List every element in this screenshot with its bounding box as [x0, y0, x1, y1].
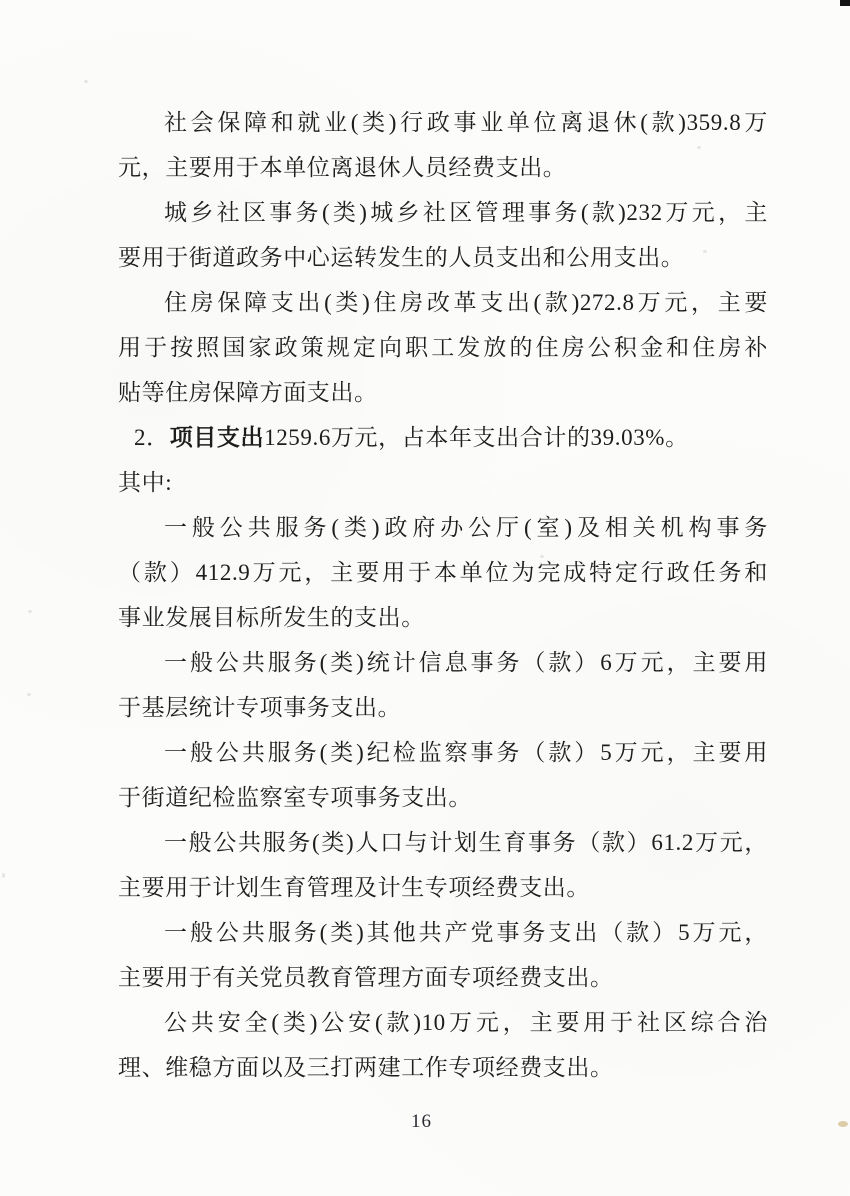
- text-segment: 2．: [134, 425, 170, 450]
- text-line: 用于按照国家政策规定向职工发放的住房公积金和住房补: [118, 325, 768, 370]
- page-number: 16: [0, 1111, 843, 1133]
- text-line: 贴等住房保障方面支出。: [118, 370, 768, 415]
- text-segment: 1259.6万元，占本年支出合计的39.03%。: [264, 425, 689, 450]
- scanned-document-page: 社会保障和就业(类)行政事业单位离退休(款)359.8万元，主要用于本单位离退休…: [0, 0, 850, 1196]
- scan-artifact-speck: [84, 80, 88, 83]
- bold-text-segment: 项目支出: [170, 425, 264, 450]
- text-line: 理、维稳方面以及三打两建工作专项经费支出。: [118, 1045, 768, 1090]
- text-line: （款）412.9万元，主要用于本单位为完成特定行政任务和: [118, 550, 768, 595]
- text-line: 其中:: [118, 460, 768, 505]
- scan-artifact-speck: [27, 693, 31, 696]
- text-line: 公共安全(类)公安(款)10万元，主要用于社区综合治: [118, 1000, 768, 1045]
- scan-artifact-speck: [2, 873, 5, 878]
- scan-artifact-corner-mark: [840, 0, 850, 6]
- text-line: 城乡社区事务(类)城乡社区管理事务(款)232万元，主: [118, 190, 768, 235]
- scan-artifact-speck: [28, 610, 32, 613]
- text-line: 2．项目支出1259.6万元，占本年支出合计的39.03%。: [118, 415, 768, 460]
- text-line: 一般公共服务(类)其他共产党事务支出（款）5万元，: [118, 910, 768, 955]
- text-line: 主要用于计划生育管理及计生专项经费支出。: [118, 865, 768, 910]
- text-line: 要用于街道政务中心运转发生的人员支出和公用支出。: [118, 235, 768, 280]
- text-line: 于街道纪检监察室专项事务支出。: [118, 775, 768, 820]
- text-line: 一般公共服务(类)纪检监察事务（款）5万元，主要用: [118, 730, 768, 775]
- body-text-block: 社会保障和就业(类)行政事业单位离退休(款)359.8万元，主要用于本单位离退休…: [118, 100, 768, 1090]
- text-line: 事业发展目标所发生的支出。: [118, 595, 768, 640]
- text-line: 于基层统计专项事务支出。: [118, 685, 768, 730]
- text-line: 社会保障和就业(类)行政事业单位离退休(款)359.8万: [118, 100, 768, 145]
- text-line: 元，主要用于本单位离退休人员经费支出。: [118, 145, 768, 190]
- text-line: 一般公共服务(类)统计信息事务（款）6万元，主要用: [118, 640, 768, 685]
- text-line: 主要用于有关党员教育管理方面专项经费支出。: [118, 955, 768, 1000]
- text-line: 住房保障支出(类)住房改革支出(款)272.8万元，主要: [118, 280, 768, 325]
- text-line: 一般公共服务(类)政府办公厅(室)及相关机构事务: [118, 505, 768, 550]
- text-line: 一般公共服务(类)人口与计划生育事务（款）61.2万元，: [118, 820, 768, 865]
